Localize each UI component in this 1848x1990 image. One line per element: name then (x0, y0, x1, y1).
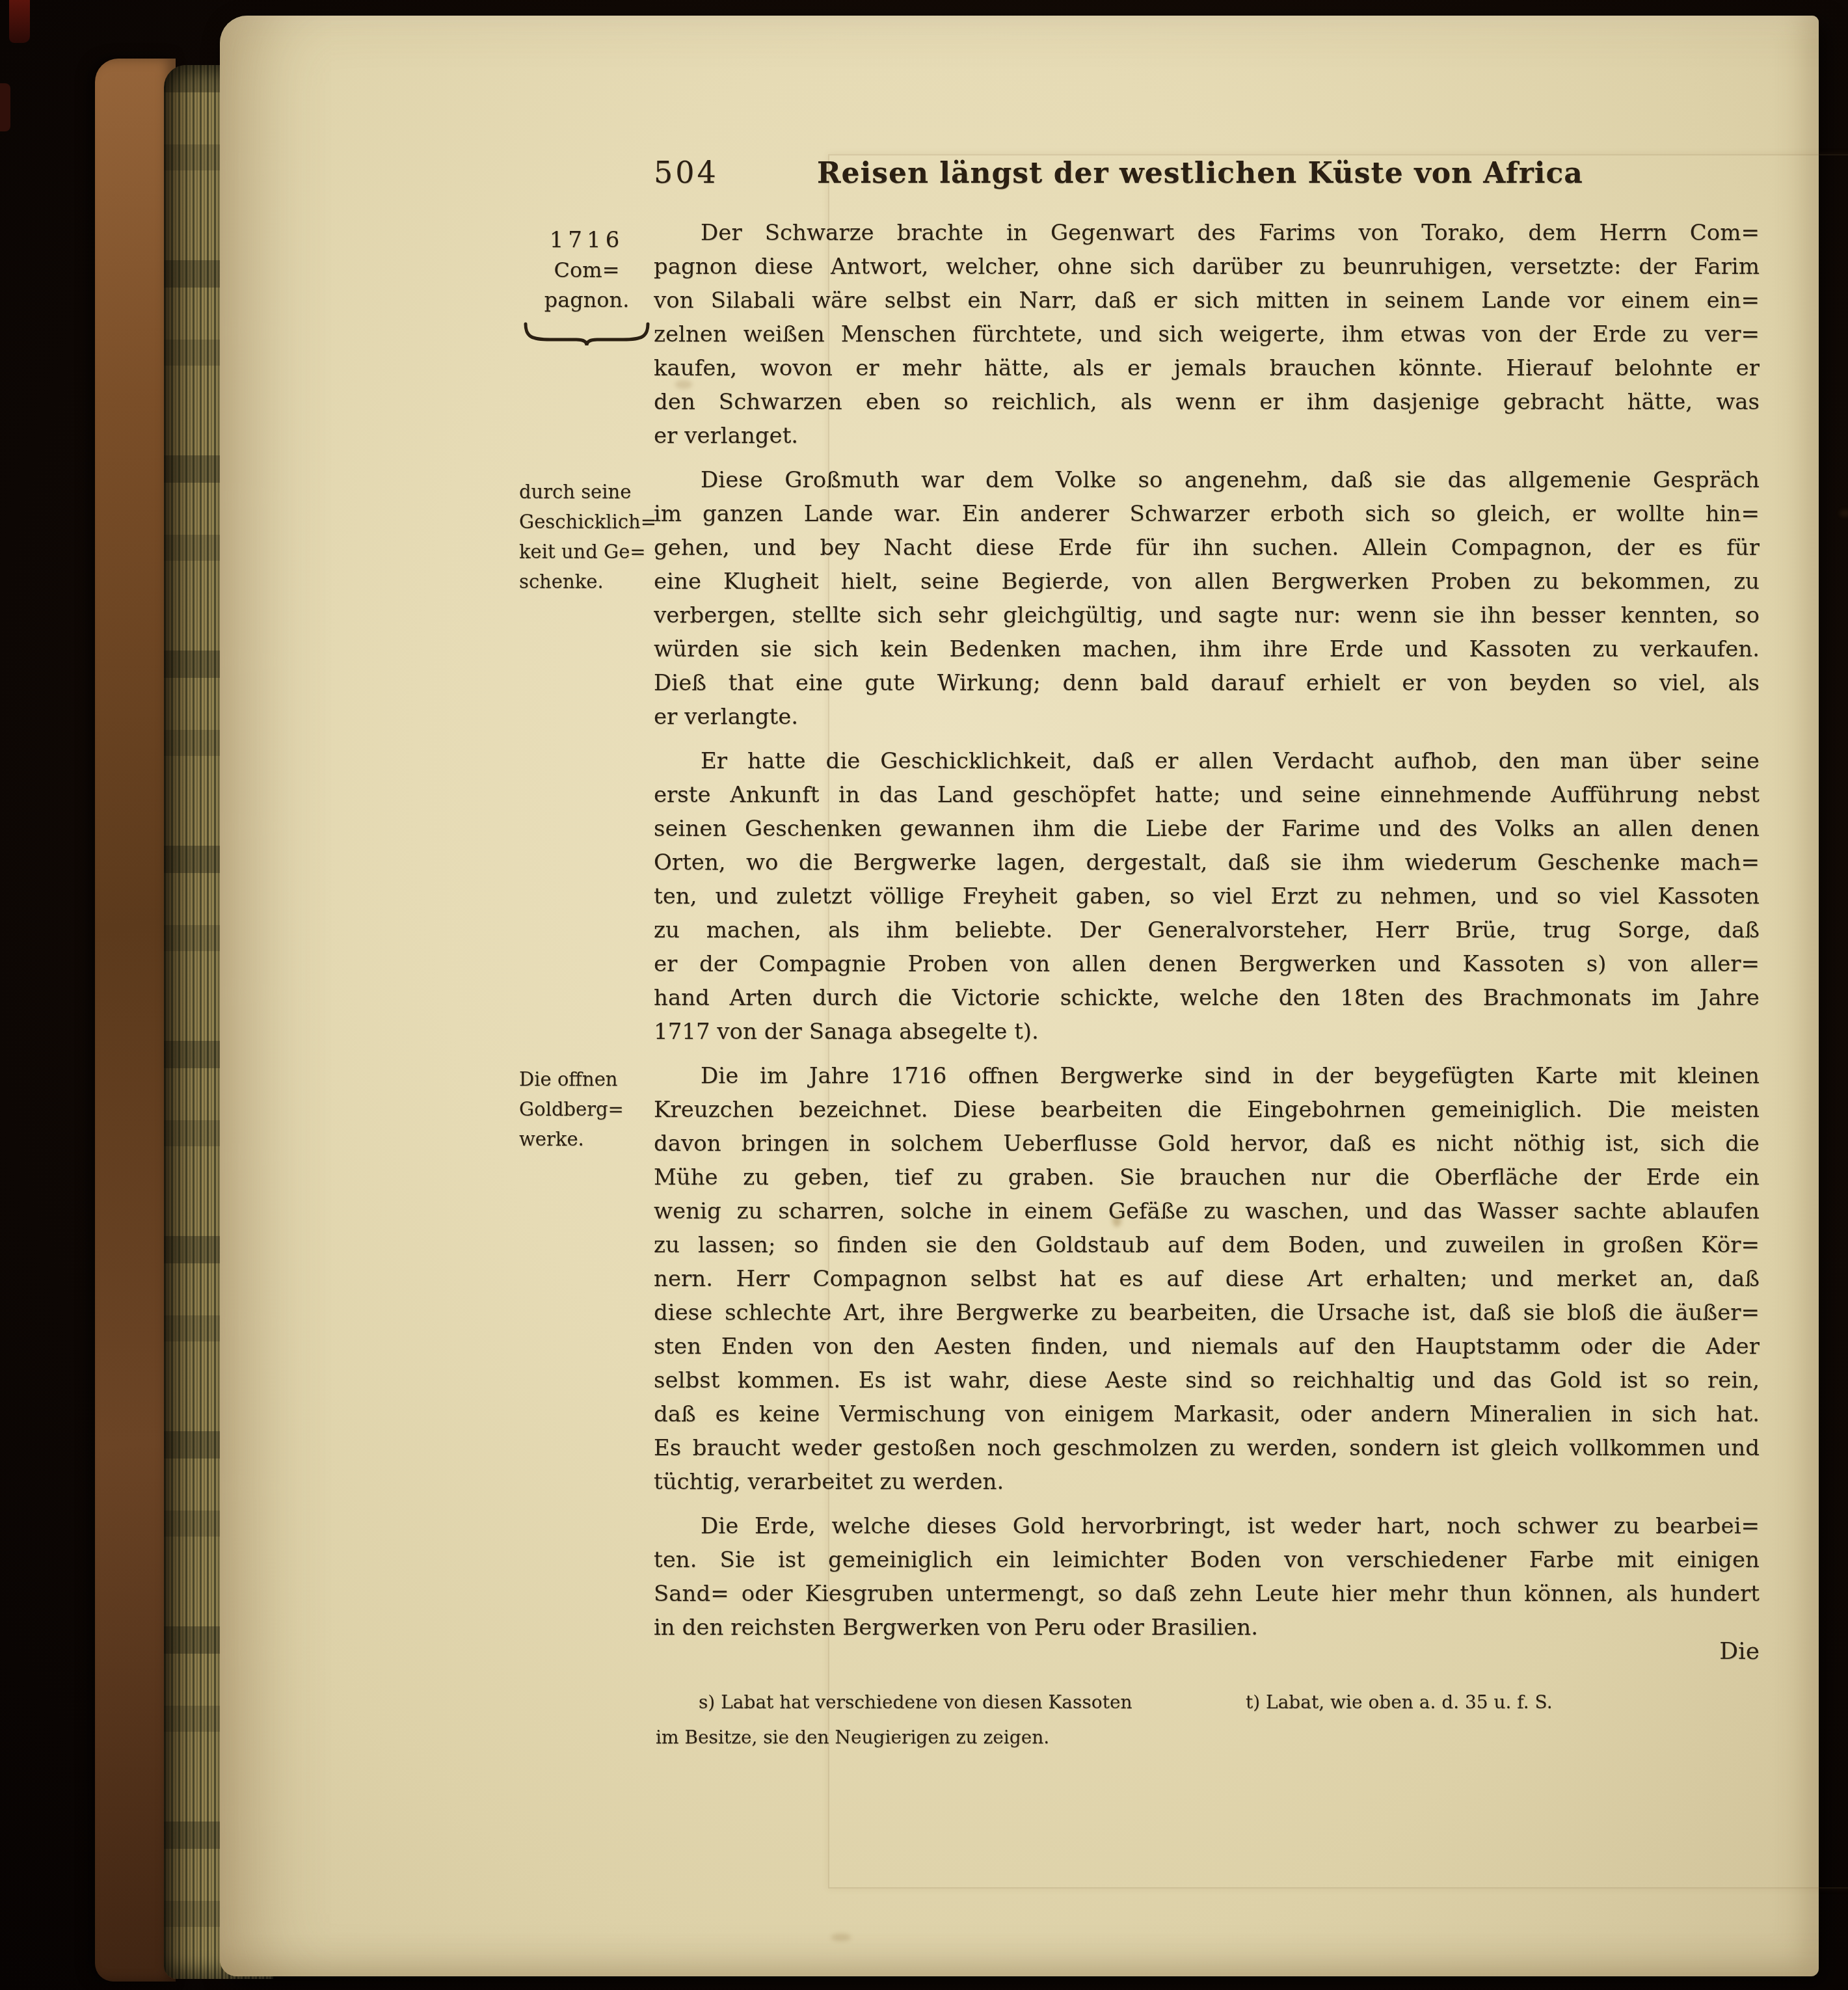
text-line: erste Ankunft in das Land geschöpfet hat… (654, 778, 1760, 812)
text-line: hand Arten durch die Victorie schickte, … (654, 981, 1760, 1015)
text-line: Es braucht weder gestoßen noch geschmolz… (654, 1431, 1760, 1465)
running-title: Reisen längst der westlichen Küste von A… (719, 157, 1760, 190)
text-line: er verlangte. (654, 700, 1760, 734)
text-line: den Schwarzen eben so reichlich, als wen… (654, 385, 1760, 419)
text-line: sten Enden von den Aesten finden, und ni… (654, 1330, 1760, 1364)
text-line: zu lassen; so finden sie den Goldstaub a… (654, 1228, 1760, 1262)
margin-note-durch-seine-geschicklichkeit: durch seineGeschicklich=keit und Ge=sche… (519, 477, 654, 597)
paragraph-1: Der Schwarze brachte in Gegenwart des Fa… (654, 216, 1760, 453)
margin-note-line: Geschicklich= (519, 507, 654, 537)
margin-note-line: Die offnen (519, 1064, 654, 1094)
text-line: ten, und zuletzt völlige Freyheit gaben,… (654, 880, 1760, 913)
page-number: 504 (654, 155, 719, 190)
paragraph-4: Die im Jahre 1716 offnen Bergwerke sind … (654, 1059, 1760, 1499)
paper-stain (831, 1933, 851, 1941)
binding-red-thread (9, 0, 30, 43)
binding-red-detail (0, 83, 10, 131)
paragraph-2: Diese Großmuth war dem Volke so angenehm… (654, 463, 1760, 734)
paragraph-5: Die Erde, welche dieses Gold hervorbring… (654, 1509, 1760, 1645)
text-line: pagnon diese Antwort, welcher, ohne sich… (654, 250, 1760, 284)
text-line: zu machen, als ihm beliebte. Der General… (654, 913, 1760, 947)
text-line: diese schlechte Art, ihre Bergwerke zu b… (654, 1296, 1760, 1330)
margin-note-line: 1716 (519, 225, 654, 255)
catchword: Die (654, 1638, 1760, 1665)
text-line: Die Erde, welche dieses Gold hervorbring… (654, 1509, 1760, 1543)
text-line: 1717 von der Sanaga absegelte t). (654, 1015, 1760, 1049)
text-line: zelnen weißen Menschen fürchtete, und si… (654, 317, 1760, 351)
text-line: selbst kommen. Es ist wahr, diese Aeste … (654, 1364, 1760, 1397)
photo-backdrop: 504 Reisen längst der westlichen Küste v… (0, 0, 1848, 1990)
text-line: Dieß that eine gute Wirkung; denn bald d… (654, 666, 1760, 700)
paragraph-3: Er hatte die Geschicklichkeit, daß er al… (654, 744, 1760, 1049)
text-line: eine Klugheit hielt, seine Begierde, von… (654, 565, 1760, 598)
text-line: Orten, wo die Bergwerke lagen, dergestal… (654, 846, 1760, 880)
text-line: ten. Sie ist gemeiniglich ein leimichter… (654, 1543, 1760, 1577)
text-line: gehen, und bey Nacht diese Erde für ihn … (654, 531, 1760, 565)
text-line: nern. Herr Compagnon selbst hat es auf d… (654, 1262, 1760, 1296)
footnote-line: im Besitze, sie den Neugierigen zu zeige… (656, 1720, 1228, 1755)
text-line: tüchtig, verarbeitet zu werden. (654, 1465, 1760, 1499)
body-text: Der Schwarze brachte in Gegenwart des Fa… (654, 216, 1760, 1655)
paper-stain (1840, 510, 1848, 517)
margin-note-line: werke. (519, 1124, 654, 1154)
text-line: Kreuzchen bezeichnet. Diese bearbeiten d… (654, 1093, 1760, 1127)
footnote-line: s) Labat hat verschiedene von diesen Kas… (656, 1685, 1228, 1720)
text-line: Die im Jahre 1716 offnen Bergwerke sind … (654, 1059, 1760, 1093)
footnote-line: t) Labat, wie oben a. d. 35 u. f. S. (1246, 1685, 1753, 1720)
text-line: davon bringen in solchem Ueberflusse Gol… (654, 1127, 1760, 1161)
text-line: würden sie sich kein Bedenken machen, ih… (654, 632, 1760, 666)
footnote-right-column: t) Labat, wie oben a. d. 35 u. f. S. (1246, 1685, 1753, 1720)
text-line: Mühe zu geben, tief zu graben. Sie brauc… (654, 1161, 1760, 1194)
text-line: er verlanget. (654, 419, 1760, 453)
page-header: 504 Reisen längst der westlichen Küste v… (654, 155, 1760, 190)
text-line: seinen Geschenken gewannen ihm die Liebe… (654, 812, 1760, 846)
margin-note-line: schenke. (519, 567, 654, 597)
text-line: im ganzen Lande war. Ein anderer Schwarz… (654, 497, 1760, 531)
margin-note-line: pagnon. (519, 285, 654, 315)
footnote-left-column: s) Labat hat verschiedene von diesen Kas… (656, 1685, 1228, 1755)
margin-brace-icon (522, 319, 652, 347)
text-line: daß es keine Vermischung von einigem Mar… (654, 1397, 1760, 1431)
text-line: Diese Großmuth war dem Volke so angenehm… (654, 463, 1760, 497)
margin-note-line: keit und Ge= (519, 537, 654, 567)
text-line: Er hatte die Geschicklichkeit, daß er al… (654, 744, 1760, 778)
text-line: kaufen, wovon er mehr hätte, als er jema… (654, 351, 1760, 385)
margin-note-line: Com= (519, 255, 654, 285)
margin-note-die-offnen-goldbergwerke: Die offnenGoldberg=werke. (519, 1064, 654, 1154)
text-line: Sand= oder Kiesgruben untermengt, so daß… (654, 1577, 1760, 1611)
text-line: von Silabali wäre selbst ein Narr, daß e… (654, 284, 1760, 317)
text-line: verbergen, stellte sich sehr gleichgülti… (654, 598, 1760, 632)
margin-note-line: durch seine (519, 477, 654, 507)
margin-note-line: Goldberg= (519, 1094, 654, 1124)
text-line: Der Schwarze brachte in Gegenwart des Fa… (654, 216, 1760, 250)
text-line: wenig zu scharren, solche in einem Gefäß… (654, 1194, 1760, 1228)
text-line: er der Compagnie Proben von allen denen … (654, 947, 1760, 981)
margin-note-year-1716-compagnon: 1716Com=pagnon. (519, 225, 654, 347)
